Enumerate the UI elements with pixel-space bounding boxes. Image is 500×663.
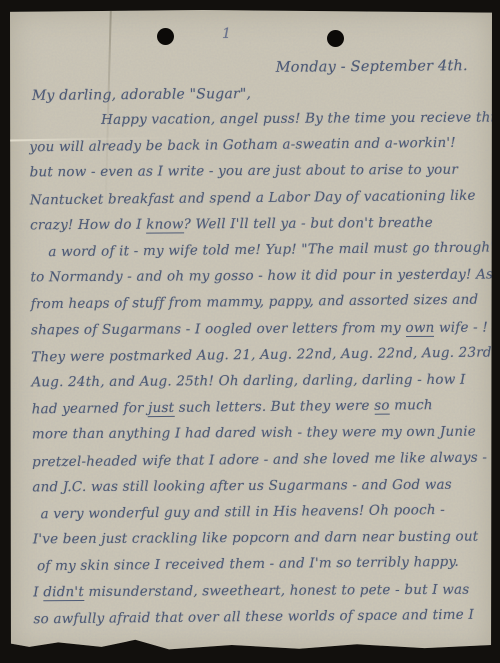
paper-sheet: 1 Monday - September 4th. My darling, ad… [10, 10, 492, 652]
letter-line: Aug. 24th, and Aug. 25th! Oh darling, da… [31, 367, 486, 396]
underlined-word: know [146, 216, 183, 233]
letter-line: from heaps of stuff from mammy, pappy, a… [31, 287, 486, 318]
date-line: Monday - September 4th. [276, 58, 468, 76]
letter-line: more than anything I had dared wish - th… [32, 419, 487, 448]
letter-line: crazy! How do I know? Well I'll tell ya … [30, 209, 485, 238]
underlined-word: didn't [43, 584, 84, 601]
letter-line: Happy vacation, angel puss! By the time … [29, 105, 484, 134]
underlined-word: so [374, 398, 390, 415]
letter-body: Happy vacation, angel puss! By the time … [29, 104, 489, 632]
letter-line: a word of it - my wife told me! Yup! "Th… [30, 235, 485, 266]
scan-background: 1 Monday - September 4th. My darling, ad… [0, 0, 500, 663]
salutation-line: My darling, adorable "Sugar", [32, 86, 251, 104]
letter-line: and J.C. was still looking after us Suga… [32, 471, 487, 500]
letter-line: pretzel-headed wife that I adore - and s… [32, 444, 487, 475]
letter-line: of my skin since I received them - and I… [33, 549, 488, 580]
letter-line: so awfully afraid that over all these wo… [33, 601, 488, 632]
underlined-word: just [148, 400, 174, 417]
letter-line: a very wonderful guy and still in His he… [32, 497, 487, 528]
letter-line: Nantucket breakfast and spend a Labor Da… [30, 182, 485, 213]
letter-line: They were postmarked Aug. 21, Aug. 22nd,… [31, 339, 486, 370]
underlined-word: own [405, 319, 434, 336]
letter-content: Monday - September 4th. My darling, ador… [7, 8, 495, 654]
letter-line: I didn't misunderstand, sweetheart, hone… [33, 576, 488, 605]
letter-line: but now - even as I write - you are just… [30, 157, 485, 186]
letter-line: shapes of Sugarmans - I oogled over lett… [31, 314, 486, 343]
